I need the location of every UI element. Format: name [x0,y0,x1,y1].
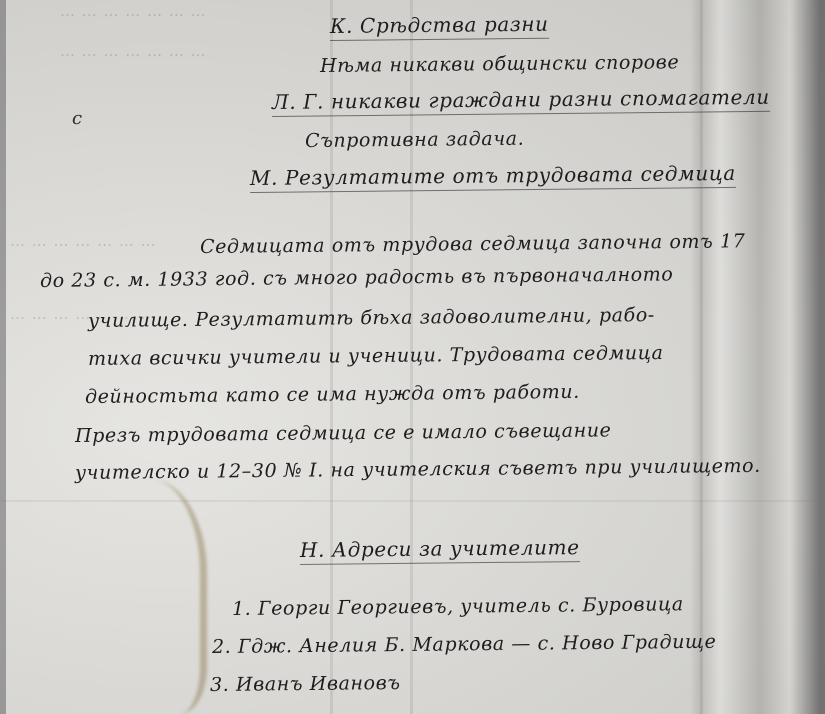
paragraph-line: дейностьта като се има нужда отъ работи. [85,381,580,408]
list-number: 3. [210,674,230,696]
paragraph-line: учителско и 12–30 № I. на учителския съв… [75,455,761,484]
section-k-line: Нѣма никакви общински спорове [320,51,679,77]
bleed-through-text: … … … … … … … [60,2,207,20]
section-heading-k: К. Срѣдства разни [330,12,549,41]
address-list-item: 1. Георги Георгиевъ, учитель с. Буровица [232,593,684,620]
document-paper: … … … … … … … … … … … … … … … … … … … … … [0,0,825,714]
section-heading-n: Н. Адреси за учителите [300,535,580,565]
paragraph-line: Седмицата отъ трудова седмица започна от… [200,230,746,258]
list-number: 1. [232,598,252,620]
section-heading-m: М. Резултатите отъ трудовата седмица [250,161,736,193]
water-stain [70,480,207,714]
paragraph-line: Презъ трудовата седмица се е имало съвещ… [75,419,612,447]
bleed-through-text: … … … … … … … [10,232,157,250]
list-text: Георги Георгиевъ, учитель с. Буровица [258,593,684,619]
list-text: Гдж. Анелия Б. Маркова — с. Ново Градище [238,631,717,658]
section-heading-l: Л. Г. никакви граждани разни спомагатели [272,85,770,117]
paragraph-line: до 23 с. м. 1933 год. съ много радость в… [40,263,674,292]
paragraph-line: училище. Резултатитѣ бѣха задоволителни,… [88,304,655,332]
paragraph-line: тиха всички учители и ученици. Трудовата… [88,342,664,370]
page-left-edge [0,0,6,714]
list-text: Иванъ Ивановъ [236,672,401,696]
list-number: 2. [212,636,232,658]
address-list-item: 2. Гдж. Анелия Б. Маркова — с. Ново Град… [212,631,717,658]
bleed-through-text: … … … … … … … [60,42,207,60]
margin-mark: с [72,108,82,129]
address-list-item: 3. Иванъ Ивановъ [210,672,401,696]
section-l-line: Съпротивна задача. [305,128,524,152]
